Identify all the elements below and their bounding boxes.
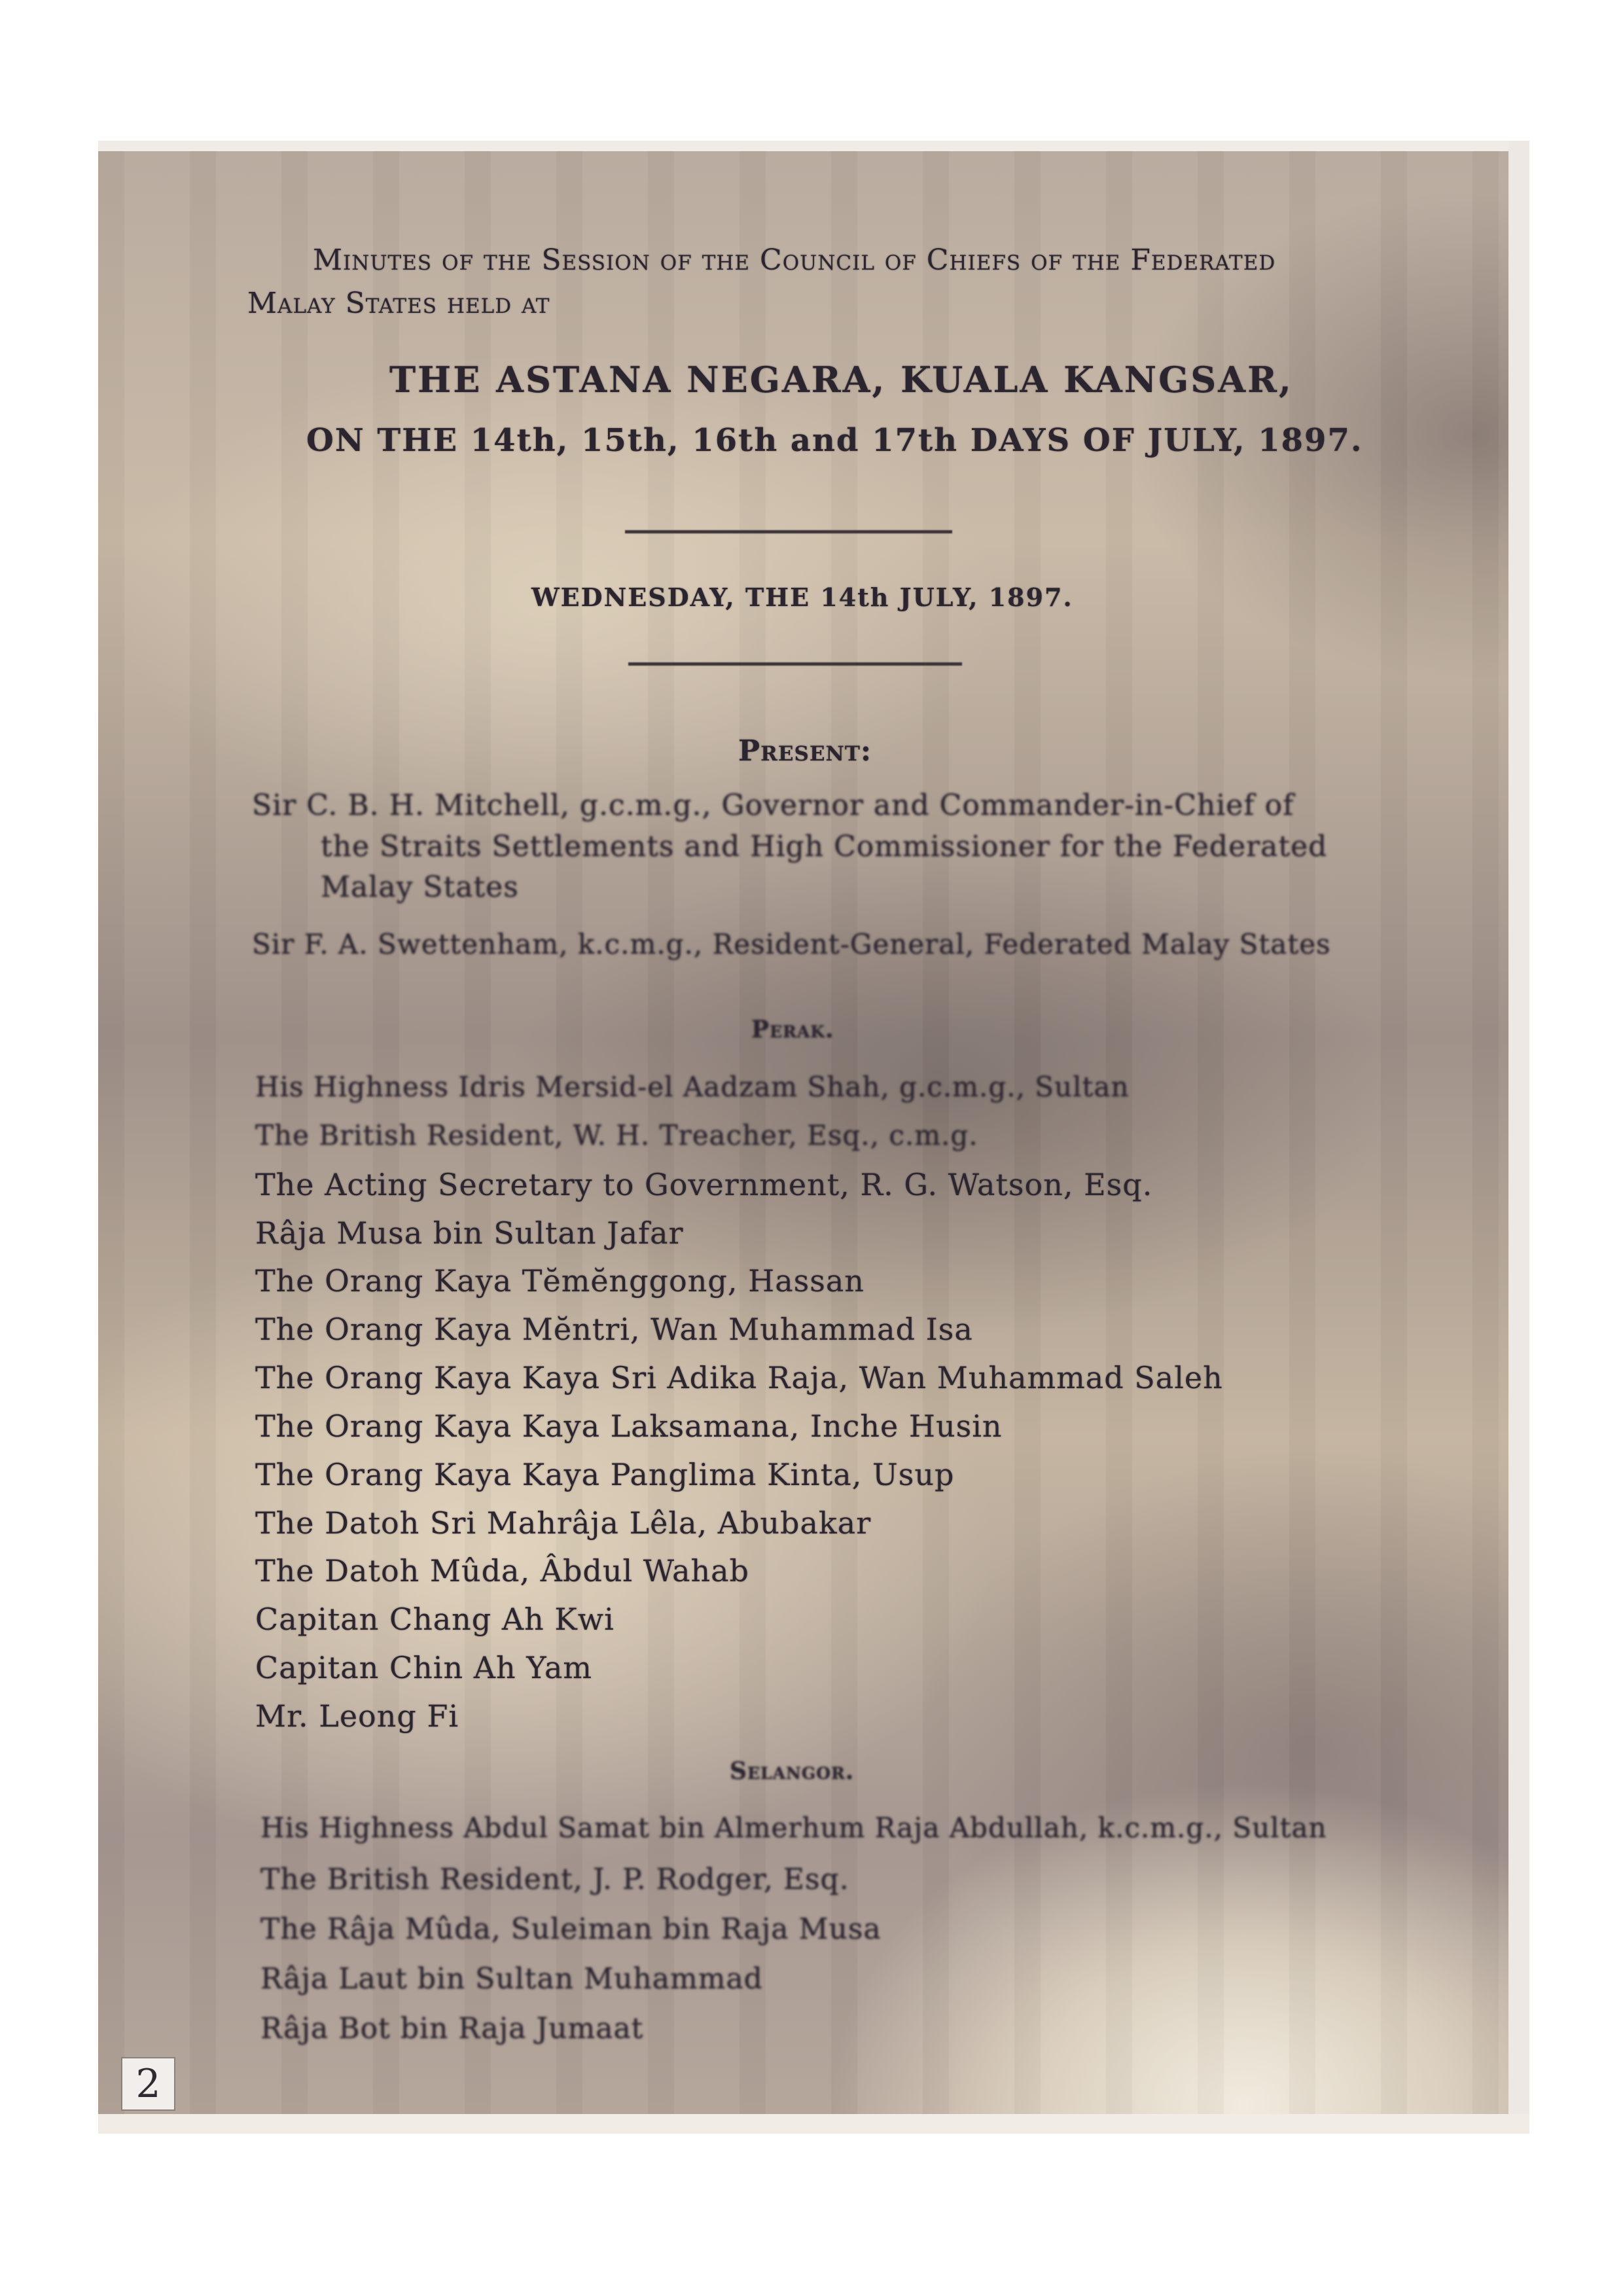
perak-member: The Datoh Sri Mahrâja Lêla, Abubakar: [255, 1505, 871, 1541]
session-day: WEDNESDAY, THE 14th JULY, 1897.: [531, 583, 1073, 612]
selangor-member: His Highness Abdul Samat bin Almerhum Ra…: [260, 1812, 1327, 1844]
perak-member: Râja Musa bin Sultan Jafar: [255, 1215, 684, 1251]
page-bottom-edge: [98, 2114, 1529, 2134]
perak-member: The Orang Kaya Mĕntri, Wan Muhammad Isa: [255, 1312, 973, 1347]
perak-heading: Perak.: [751, 1016, 834, 1043]
perak-member: The Orang Kaya Kaya Sri Adika Raja, Wan …: [255, 1360, 1223, 1395]
official-mitchell-line-2: the Straits Settlements and High Commiss…: [321, 830, 1327, 863]
perak-member: The Orang Kaya Kaya Panglima Kinta, Usup: [255, 1457, 954, 1492]
page-right-edge: [1508, 141, 1529, 2134]
perak-member: Mr. Leong Fi: [255, 1698, 459, 1734]
selangor-member: The Râja Mûda, Suleiman bin Raja Musa: [260, 1912, 882, 1946]
session-dates: ON THE 14th, 15th, 16th and 17th DAYS OF…: [306, 422, 1363, 459]
perak-member: The British Resident, W. H. Treacher, Es…: [255, 1119, 978, 1151]
page-number-box: 2: [121, 2057, 175, 2111]
perak-member: The Acting Secretary to Government, R. G…: [255, 1167, 1152, 1202]
official-swettenham: Sir F. A. Swettenham, k.c.m.g., Resident…: [252, 928, 1331, 960]
perak-member: His Highness Idris Mersid-el Aadzam Shah…: [255, 1071, 1130, 1103]
perak-member: Capitan Chin Ah Yam: [255, 1650, 592, 1685]
venue-title: THE ASTANA NEGARA, KUALA KANGSAR,: [389, 359, 1293, 401]
divider-rule: [628, 662, 962, 666]
selangor-member: Râja Bot bin Raja Jumaat: [260, 2012, 643, 2045]
selangor-member: The British Resident, J. P. Rodger, Esq.: [260, 1863, 849, 1896]
perak-member: The Datoh Mûda, Âbdul Wahab: [255, 1553, 749, 1588]
divider-rule: [625, 530, 952, 533]
header-line-1: Minutes of the Session of the Council of…: [313, 243, 1275, 277]
selangor-member: Râja Laut bin Sultan Muhammad: [260, 1962, 763, 1996]
page-top-edge: [98, 141, 1529, 151]
perak-member: Capitan Chang Ah Kwi: [255, 1602, 615, 1637]
header-line-2: Malay States held at: [247, 287, 550, 320]
perak-member: The Orang Kaya Kaya Laksamana, Inche Hus…: [255, 1408, 1003, 1444]
present-heading: Present:: [738, 734, 872, 768]
selangor-heading: Selangor.: [730, 1757, 854, 1785]
perak-member: The Orang Kaya Tĕmĕnggong, Hassan: [255, 1263, 865, 1299]
official-mitchell-line-1: Sir C. B. H. Mitchell, g.c.m.g., Governo…: [252, 789, 1294, 822]
official-mitchell-line-3: Malay States: [321, 870, 519, 904]
